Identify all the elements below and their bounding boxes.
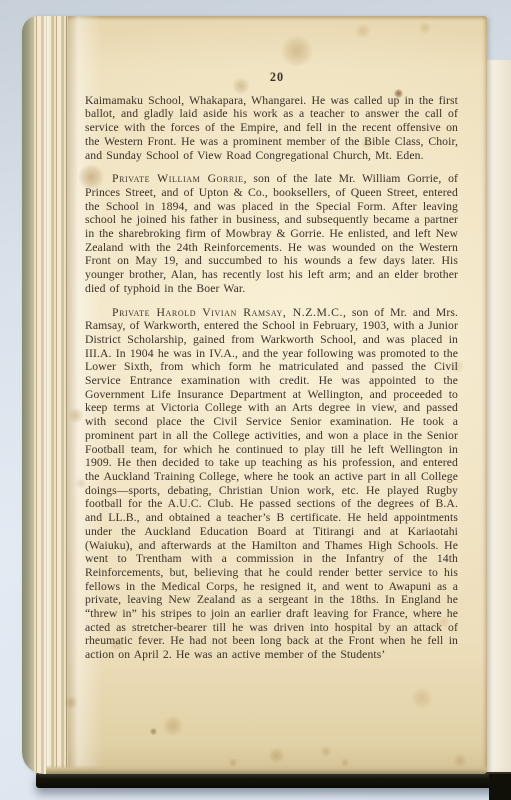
paragraph-text: , son of Mr. and Mrs. Ramsay, of Warkwor… bbox=[85, 306, 458, 662]
foxing-spot bbox=[354, 24, 372, 38]
foxing-spot bbox=[280, 36, 314, 66]
bottom-page-edges bbox=[46, 765, 487, 774]
paragraph-ramsay: Private Harold Vivian Ramsay, N.Z.M.C., … bbox=[85, 306, 458, 662]
paragraph-lead: Private Harold Vivian Ramsay, N.Z.M.C. bbox=[112, 306, 343, 319]
book-photo: 20 Kaimamaku School, Whakapara, Whangare… bbox=[0, 0, 511, 800]
foxing-spot bbox=[228, 758, 238, 767]
paragraph-lead: Private William Gorrie bbox=[112, 172, 244, 185]
foxing-spot bbox=[64, 696, 78, 709]
paragraph-gorrie: Private William Gorrie, son of the late … bbox=[85, 172, 458, 295]
book-page: 20 Kaimamaku School, Whakapara, Whangare… bbox=[22, 16, 487, 774]
left-page-edges bbox=[22, 16, 68, 774]
foxing-spot bbox=[340, 758, 350, 767]
page-number: 20 bbox=[85, 71, 458, 85]
foxing-spot bbox=[418, 22, 432, 34]
book-cover-edge bbox=[36, 772, 511, 788]
foxing-spot bbox=[452, 754, 468, 767]
foxing-spot bbox=[150, 728, 157, 735]
paragraph-text: , son of the late Mr. William Gorrie, of… bbox=[85, 172, 458, 295]
foxing-spot bbox=[410, 688, 434, 708]
book-cover-corner bbox=[489, 774, 511, 800]
foxing-spot bbox=[268, 748, 285, 763]
paragraph-continuation: Kaimamaku School, Whakapara, Whangarei. … bbox=[85, 94, 458, 163]
paragraph-text: Kaimamaku School, Whakapara, Whangarei. … bbox=[85, 94, 458, 162]
foxing-spot bbox=[68, 408, 84, 423]
printed-text-block: 20 Kaimamaku School, Whakapara, Whangare… bbox=[85, 71, 458, 662]
foxing-spot bbox=[162, 716, 184, 736]
foxing-spot bbox=[320, 746, 332, 757]
